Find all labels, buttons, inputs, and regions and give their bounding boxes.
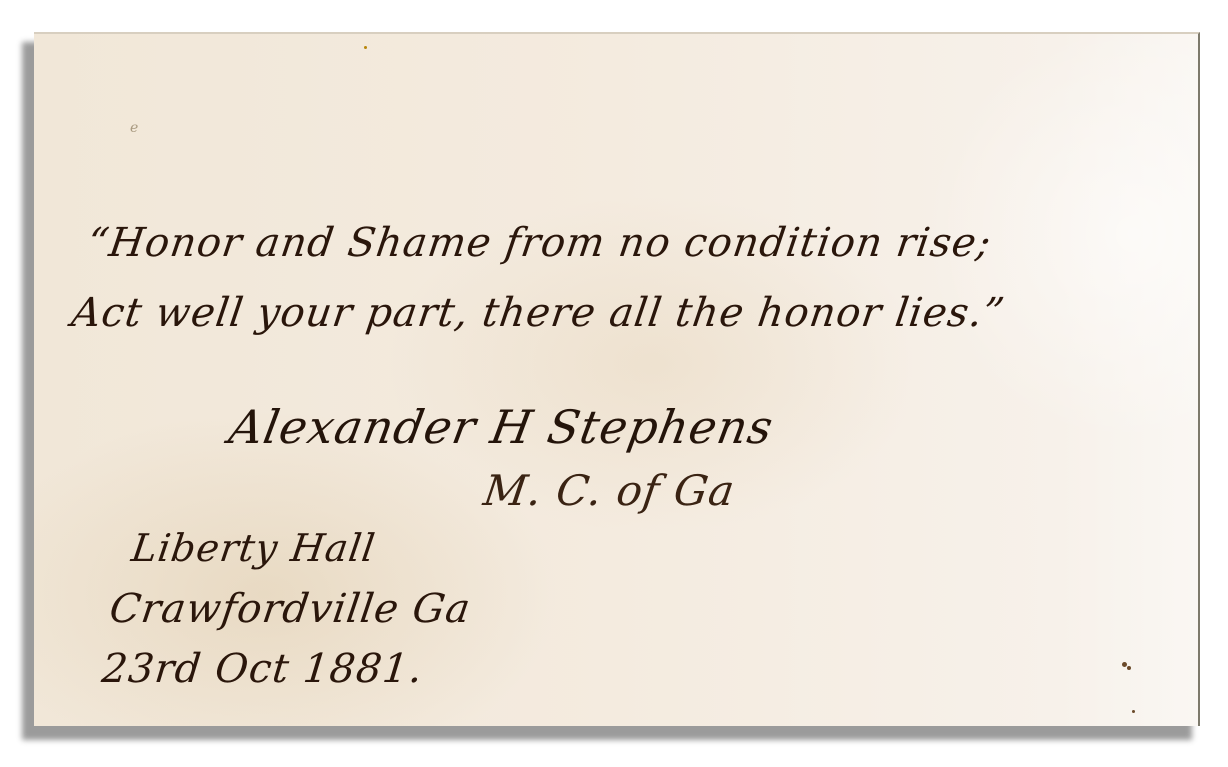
corner-pencil-mark: e bbox=[130, 120, 138, 136]
ink-speck bbox=[1127, 666, 1131, 670]
signer-title: M. C. of Ga bbox=[481, 466, 739, 515]
quote-line-2: Act well your part, there all the honor … bbox=[69, 290, 1008, 336]
ink-speck bbox=[364, 46, 367, 49]
quote-line-1: “Honor and Shame from no condition rise; bbox=[85, 220, 995, 266]
date-line: 23rd Oct 1881. bbox=[100, 646, 426, 692]
signature: Alexander H Stephens bbox=[225, 400, 777, 454]
place-line-1: Liberty Hall bbox=[129, 526, 378, 570]
place-line-2: Crawfordville Ga bbox=[107, 586, 474, 632]
ink-speck bbox=[1132, 710, 1135, 713]
autograph-card: e “Honor and Shame from no condition ris… bbox=[34, 32, 1200, 726]
